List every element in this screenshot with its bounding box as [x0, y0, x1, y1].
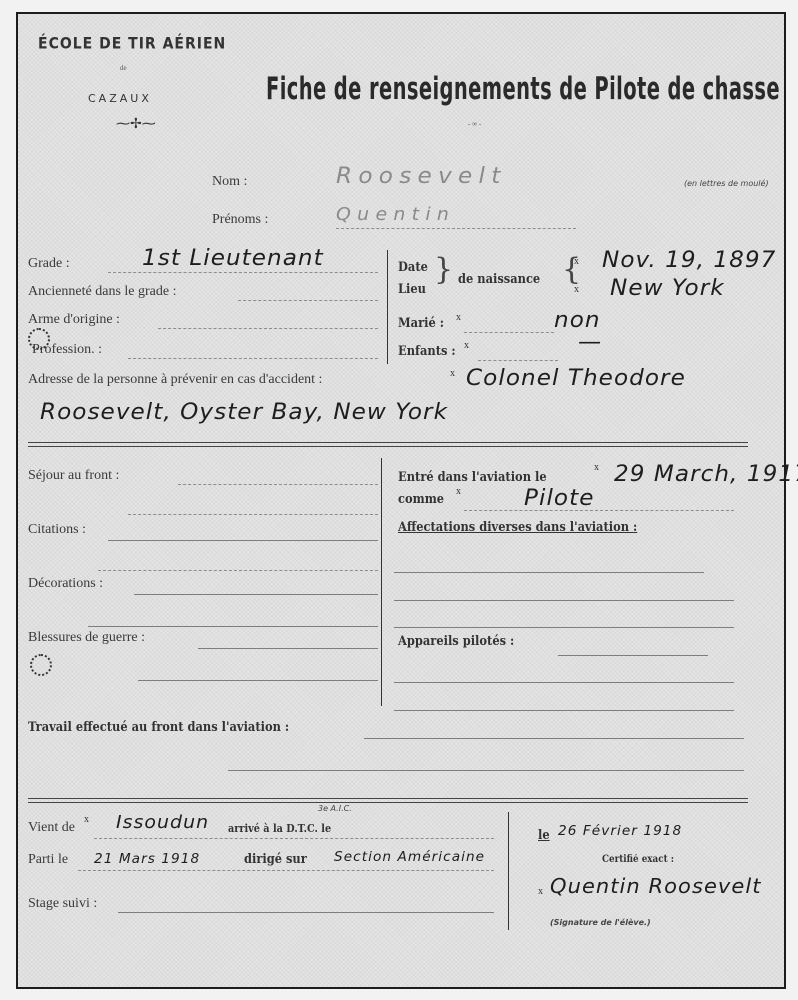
emergency-label: Adresse de la personne à prévenir en cas… — [28, 372, 322, 388]
comme-value: Pilote — [524, 486, 594, 511]
affectations-label: Affectations diverses dans l'aviation : — [398, 520, 637, 535]
check-mark-icon: x — [594, 462, 599, 473]
appareils-line-1 — [558, 655, 708, 656]
section-rule-1 — [28, 442, 748, 447]
citations-label: Citations : — [28, 522, 86, 538]
grade-value: 1st Lieutenant — [142, 246, 324, 271]
appareils-label: Appareils pilotés : — [398, 634, 514, 649]
prenoms-value: Quentin — [336, 204, 455, 225]
appareils-line-2 — [394, 682, 734, 683]
marie-label: Marié : — [398, 316, 444, 331]
enfants-value: — — [578, 330, 602, 355]
vient-line — [94, 838, 494, 839]
check-mark-icon: x — [450, 368, 455, 379]
decorations-line — [134, 594, 378, 595]
parti-label: Parti le — [28, 852, 68, 868]
affectations-line-2 — [394, 600, 734, 601]
profession-label: Profession. : — [32, 342, 102, 358]
appareils-line-3 — [394, 710, 734, 711]
stamp-icon — [30, 654, 52, 676]
stage-label: Stage suivi : — [28, 896, 97, 912]
affectations-line-3 — [394, 627, 734, 628]
enfants-line — [478, 360, 558, 361]
signature-caption: (Signature de l'élève.) — [550, 918, 651, 927]
check-mark-icon: x — [538, 886, 543, 897]
signature: Quentin Roosevelt — [550, 874, 762, 898]
school-city: CAZAUX — [88, 92, 152, 105]
nom-label: Nom : — [212, 174, 247, 190]
blessures-line-2 — [138, 680, 378, 681]
naissance-label: de naissance — [458, 272, 540, 287]
entre-label: Entré dans l'aviation le — [398, 470, 547, 485]
date-label: Date — [398, 260, 428, 275]
brace-left-icon: } — [434, 252, 453, 287]
vient-annotation: 3e A.I.C. — [318, 804, 352, 813]
travail-line-2 — [228, 770, 744, 771]
decorations-line-2 — [88, 626, 378, 627]
divider-lower — [381, 458, 382, 706]
parti-line — [78, 870, 494, 871]
anciennete-label: Ancienneté dans le grade : — [28, 284, 177, 300]
grade-line — [108, 272, 378, 273]
sejour-line — [178, 484, 378, 485]
title-ornament: - ∞ - — [468, 120, 481, 128]
citations-line-2 — [98, 570, 378, 571]
record-card: ÉCOLE DE TIR AÉRIEN de CAZAUX ⁓✢⁓ Fiche … — [16, 12, 786, 989]
parti-value: 21 Mars 1918 — [94, 852, 200, 867]
travail-line-1 — [364, 738, 744, 739]
divider-bottom — [508, 812, 509, 930]
prenoms-line — [336, 228, 576, 229]
decorations-label: Décorations : — [28, 576, 103, 592]
comme-label: comme — [398, 492, 444, 507]
profession-line — [128, 358, 378, 359]
nom-note: (en lettres de moulé) — [684, 179, 769, 188]
citations-line — [108, 540, 378, 541]
birth-date-value: Nov. 19, 1897 — [602, 248, 776, 273]
sejour-line-2 — [128, 514, 378, 515]
travail-label: Travail effectué au front dans l'aviatio… — [28, 720, 289, 735]
check-mark-icon: x — [574, 284, 579, 295]
check-mark-icon: x — [84, 814, 89, 825]
certifie-label: Certifié exact : — [602, 854, 674, 865]
check-mark-icon: x — [574, 256, 579, 267]
vient-print: arrivé à la D.T.C. le — [228, 822, 331, 835]
vient-label: Vient de — [28, 820, 75, 836]
dirige-label: dirigé sur — [244, 852, 307, 867]
dirige-value: Section Américaine — [334, 850, 485, 865]
comme-line — [464, 510, 734, 511]
stage-line — [118, 912, 494, 913]
marie-line — [464, 332, 554, 333]
ornament-icon: ⁓✢⁓ — [116, 116, 156, 133]
anciennete-line — [238, 300, 378, 301]
blessures-label: Blessures de guerre : — [28, 630, 145, 646]
school-sub: de — [120, 64, 127, 72]
nom-value: Roosevelt — [336, 164, 507, 189]
blessures-line — [198, 648, 378, 649]
sejour-label: Séjour au front : — [28, 468, 119, 484]
arme-line — [158, 328, 378, 329]
affectations-line-1 — [394, 572, 704, 573]
cert-date-prefix: le — [538, 828, 550, 843]
check-mark-icon: x — [456, 486, 461, 497]
check-mark-icon: x — [464, 340, 469, 351]
birth-place-value: New York — [610, 276, 725, 301]
grade-label: Grade : — [28, 256, 70, 272]
enfants-label: Enfants : — [398, 344, 456, 359]
lieu-label: Lieu — [398, 282, 426, 297]
emergency-line1: Colonel Theodore — [466, 366, 686, 391]
divider-upper — [387, 250, 388, 364]
vient-value: Issoudun — [116, 812, 209, 833]
school-name: ÉCOLE DE TIR AÉRIEN — [38, 35, 226, 53]
entre-value: 29 March, 1917 — [614, 462, 798, 487]
cert-date-value: 26 Février 1918 — [558, 824, 682, 839]
document-title: Fiche de renseignements de Pilote de cha… — [266, 70, 780, 106]
emergency-line2: Roosevelt, Oyster Bay, New York — [40, 400, 448, 425]
prenoms-label: Prénoms : — [212, 212, 268, 228]
section-rule-2 — [28, 798, 748, 803]
arme-label: Arme d'origine : — [28, 312, 120, 328]
check-mark-icon: x — [456, 312, 461, 323]
